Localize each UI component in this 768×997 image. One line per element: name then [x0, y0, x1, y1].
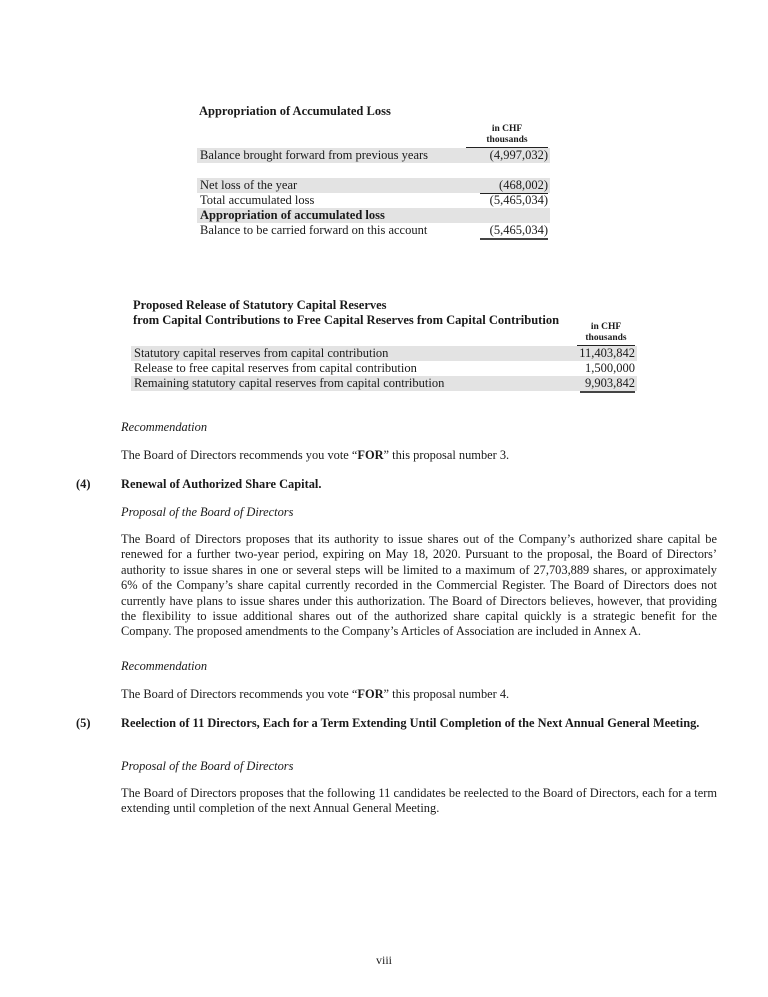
row-value: (5,465,034) [490, 223, 548, 238]
final-total-rule [580, 391, 635, 393]
table1-row: Balance to be carried forward on this ac… [197, 223, 550, 238]
row-label: Balance to be carried forward on this ac… [200, 223, 427, 238]
section5-number: (5) [76, 716, 90, 731]
section4-proposal-heading: Proposal of the Board of Directors [121, 505, 293, 520]
section4-recommendation-text: The Board of Directors recommends you vo… [121, 687, 509, 702]
section4-number: (4) [76, 477, 90, 492]
unit-header-line2: thousands [575, 333, 637, 344]
section5-proposal-heading: Proposal of the Board of Directors [121, 759, 293, 774]
rec-vote-for: FOR [357, 448, 383, 462]
rec-text-before: The Board of Directors recommends you vo… [121, 687, 357, 701]
table1-row: Appropriation of accumulated loss [197, 208, 550, 223]
section3-recommendation-text: The Board of Directors recommends you vo… [121, 448, 509, 463]
rec-text-after: ” this proposal number 4. [384, 687, 510, 701]
row-value: 1,500,000 [585, 361, 635, 376]
rec-vote-for: FOR [357, 687, 383, 701]
row-label: Balance brought forward from previous ye… [200, 148, 428, 163]
table2-row: Remaining statutory capital reserves fro… [131, 376, 637, 391]
table2-unit-header: in CHF thousands [575, 322, 637, 344]
unit-header-line2: thousands [465, 135, 549, 146]
table2-title-line2: from Capital Contributions to Free Capit… [133, 313, 559, 328]
row-label: Remaining statutory capital reserves fro… [134, 376, 444, 391]
rec-text-before: The Board of Directors recommends you vo… [121, 448, 357, 462]
section4-proposal-text: The Board of Directors proposes that its… [121, 532, 717, 640]
row-value: (5,465,034) [490, 193, 548, 208]
row-value: 11,403,842 [579, 346, 635, 361]
section4-recommendation-heading: Recommendation [121, 659, 207, 674]
table2-row: Statutory capital reserves from capital … [131, 346, 637, 361]
row-value: (4,997,032) [490, 148, 548, 163]
section5-proposal-text: The Board of Directors proposes that the… [121, 786, 717, 817]
unit-header-line1: in CHF [465, 124, 549, 135]
row-value: (468,002) [499, 178, 548, 193]
row-label: Appropriation of accumulated loss [200, 208, 385, 223]
row-label: Statutory capital reserves from capital … [134, 346, 388, 361]
unit-header-line1: in CHF [575, 322, 637, 333]
table2-row: Release to free capital reserves from ca… [131, 361, 637, 376]
row-value: 9,903,842 [585, 376, 635, 391]
section4-title: Renewal of Authorized Share Capital. [121, 477, 717, 492]
final-total-rule [480, 238, 548, 240]
table1-title: Appropriation of Accumulated Loss [199, 104, 391, 119]
row-label: Net loss of the year [200, 178, 297, 193]
table2-title-line1: Proposed Release of Statutory Capital Re… [133, 298, 559, 313]
table2-title: Proposed Release of Statutory Capital Re… [133, 298, 559, 328]
section3-recommendation-heading: Recommendation [121, 420, 207, 435]
page-number: viii [0, 953, 768, 968]
rec-text-after: ” this proposal number 3. [384, 448, 510, 462]
row-label: Total accumulated loss [200, 193, 314, 208]
section5-title: Reelection of 11 Directors, Each for a T… [121, 716, 717, 731]
table1-row: Balance brought forward from previous ye… [197, 148, 550, 163]
table1-row: Total accumulated loss (5,465,034) [197, 193, 550, 208]
table1-row: Net loss of the year (468,002) [197, 178, 550, 193]
row-label: Release to free capital reserves from ca… [134, 361, 417, 376]
table1-unit-header: in CHF thousands [465, 124, 549, 146]
